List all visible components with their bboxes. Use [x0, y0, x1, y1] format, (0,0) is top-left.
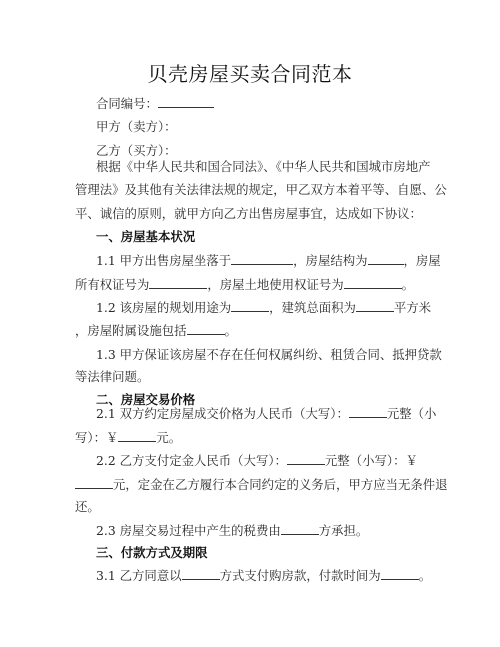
clause-2-2-line-2: 元，定金在乙方履行本合同约定的义务后，甲方应当无条件退 [75, 476, 425, 493]
preamble-line-1: 根据《中华人民共和国合同法》、《中华人民共和国城市房地产 [96, 159, 426, 175]
clause-text: 元整（小 [387, 406, 437, 421]
clause-text: 。 [225, 323, 237, 338]
clause-text: 写）：￥ [75, 430, 118, 445]
clause-2-2-line-3: 还。 [75, 499, 425, 515]
clause-text: 1.2 该房屋的规划用途为 [96, 300, 231, 315]
contract-number-line: 合同编号： [96, 95, 426, 112]
section-1-heading: 一、房屋基本状况 [96, 229, 426, 245]
clause-text: ，房屋 [404, 253, 441, 268]
clause-2-1-line-1: 2.1 双方约定房屋成交价格为人民币（大写）：元整（小 [96, 405, 426, 422]
clause-3-1-line-1: 3.1 乙方同意以方式支付购房款，付款时间为。 [96, 567, 426, 584]
clause-text: 3.1 乙方同意以 [96, 568, 182, 583]
clause-text: ，房屋结构为 [293, 253, 367, 268]
planned-use-field[interactable] [231, 299, 269, 312]
party-a-label: 甲方（卖方）： [96, 119, 177, 134]
clause-text: 2.1 双方约定房屋成交价格为人民币（大写）： [96, 406, 349, 421]
clause-2-1-line-2: 写）：￥元。 [75, 429, 425, 446]
price-numeric-field[interactable] [118, 429, 156, 442]
clause-1-1-line-2: 所有权证号为，房屋土地使用权证号为。 [75, 276, 425, 293]
preamble-line-2: 管理法》及其他有关法律法规的规定，甲乙双方本着平等、自愿、公 [75, 182, 425, 198]
clause-2-2-line-1: 2.2 乙方支付定金人民币（大写）：元整（小写）：￥ [96, 452, 426, 469]
clause-1-3-line-1: 1.3 甲方保证该房屋不存在任何权属纠纷、租赁合同、抵押贷款 [96, 347, 426, 363]
clause-text: 元整（小写）：￥ [325, 453, 418, 468]
clause-1-3-line-2: 等法律问题。 [75, 369, 425, 385]
document-page: 贝壳房屋买卖合同范本 合同编号： 甲方（卖方）： 乙方（买方）： 根据《中华人民… [0, 0, 500, 647]
clause-1-2-line-1: 1.2 该房屋的规划用途为，建筑总面积为平方米 [96, 299, 426, 316]
location-field[interactable] [231, 252, 293, 265]
party-b-label: 乙方（买方）： [96, 143, 177, 158]
payment-time-field[interactable] [381, 567, 419, 580]
party-a-line: 甲方（卖方）： [96, 119, 426, 135]
clause-text: 元，定金在乙方履行本合同约定的义务后，甲方应当无条件退 [113, 477, 448, 492]
clause-text: ，建筑总面积为 [269, 300, 356, 315]
ownership-cert-field[interactable] [149, 276, 207, 289]
clause-2-3-line-1: 2.3 房屋交易过程中产生的税费由方承担。 [96, 522, 426, 539]
price-uppercase-field[interactable] [349, 405, 387, 418]
clause-text: 平方米 [394, 300, 431, 315]
clause-text: 。 [419, 568, 431, 583]
clause-text: 方式支付购房款，付款时间为 [220, 568, 381, 583]
clause-1-2-line-2: ，房屋附属设施包括。 [75, 322, 425, 339]
clause-text: 。 [402, 277, 414, 292]
clause-text: 2.3 房屋交易过程中产生的税费由 [96, 523, 281, 538]
clause-1-1-line-1: 1.1 甲方出售房屋坐落于，房屋结构为，房屋 [96, 252, 426, 269]
deposit-numeric-field[interactable] [75, 476, 113, 489]
payment-method-field[interactable] [182, 567, 220, 580]
structure-field[interactable] [368, 252, 404, 265]
clause-text: 1.1 甲方出售房屋坐落于 [96, 253, 231, 268]
land-cert-field[interactable] [344, 276, 402, 289]
document-title: 贝壳房屋买卖合同范本 [0, 58, 500, 87]
deposit-uppercase-field[interactable] [287, 452, 325, 465]
contract-number-label: 合同编号： [96, 96, 158, 111]
clause-text: ，房屋附属设施包括 [75, 323, 187, 338]
floor-area-field[interactable] [356, 299, 394, 312]
contract-number-field[interactable] [158, 95, 214, 108]
clause-text: ，房屋土地使用权证号为 [207, 277, 343, 292]
clause-text: 方承担。 [319, 523, 369, 538]
clause-text: 元。 [156, 430, 181, 445]
preamble-line-3: 平、诚信的原则，就甲方向乙方出售房屋事宜，达成如下协议： [75, 206, 425, 222]
clause-text: 所有权证号为 [75, 277, 149, 292]
facilities-field[interactable] [187, 322, 225, 335]
tax-party-field[interactable] [281, 522, 319, 535]
clause-text: 2.2 乙方支付定金人民币（大写）： [96, 453, 287, 468]
party-b-line: 乙方（买方）： [96, 143, 426, 159]
section-3-heading: 三、付款方式及期限 [96, 545, 426, 561]
